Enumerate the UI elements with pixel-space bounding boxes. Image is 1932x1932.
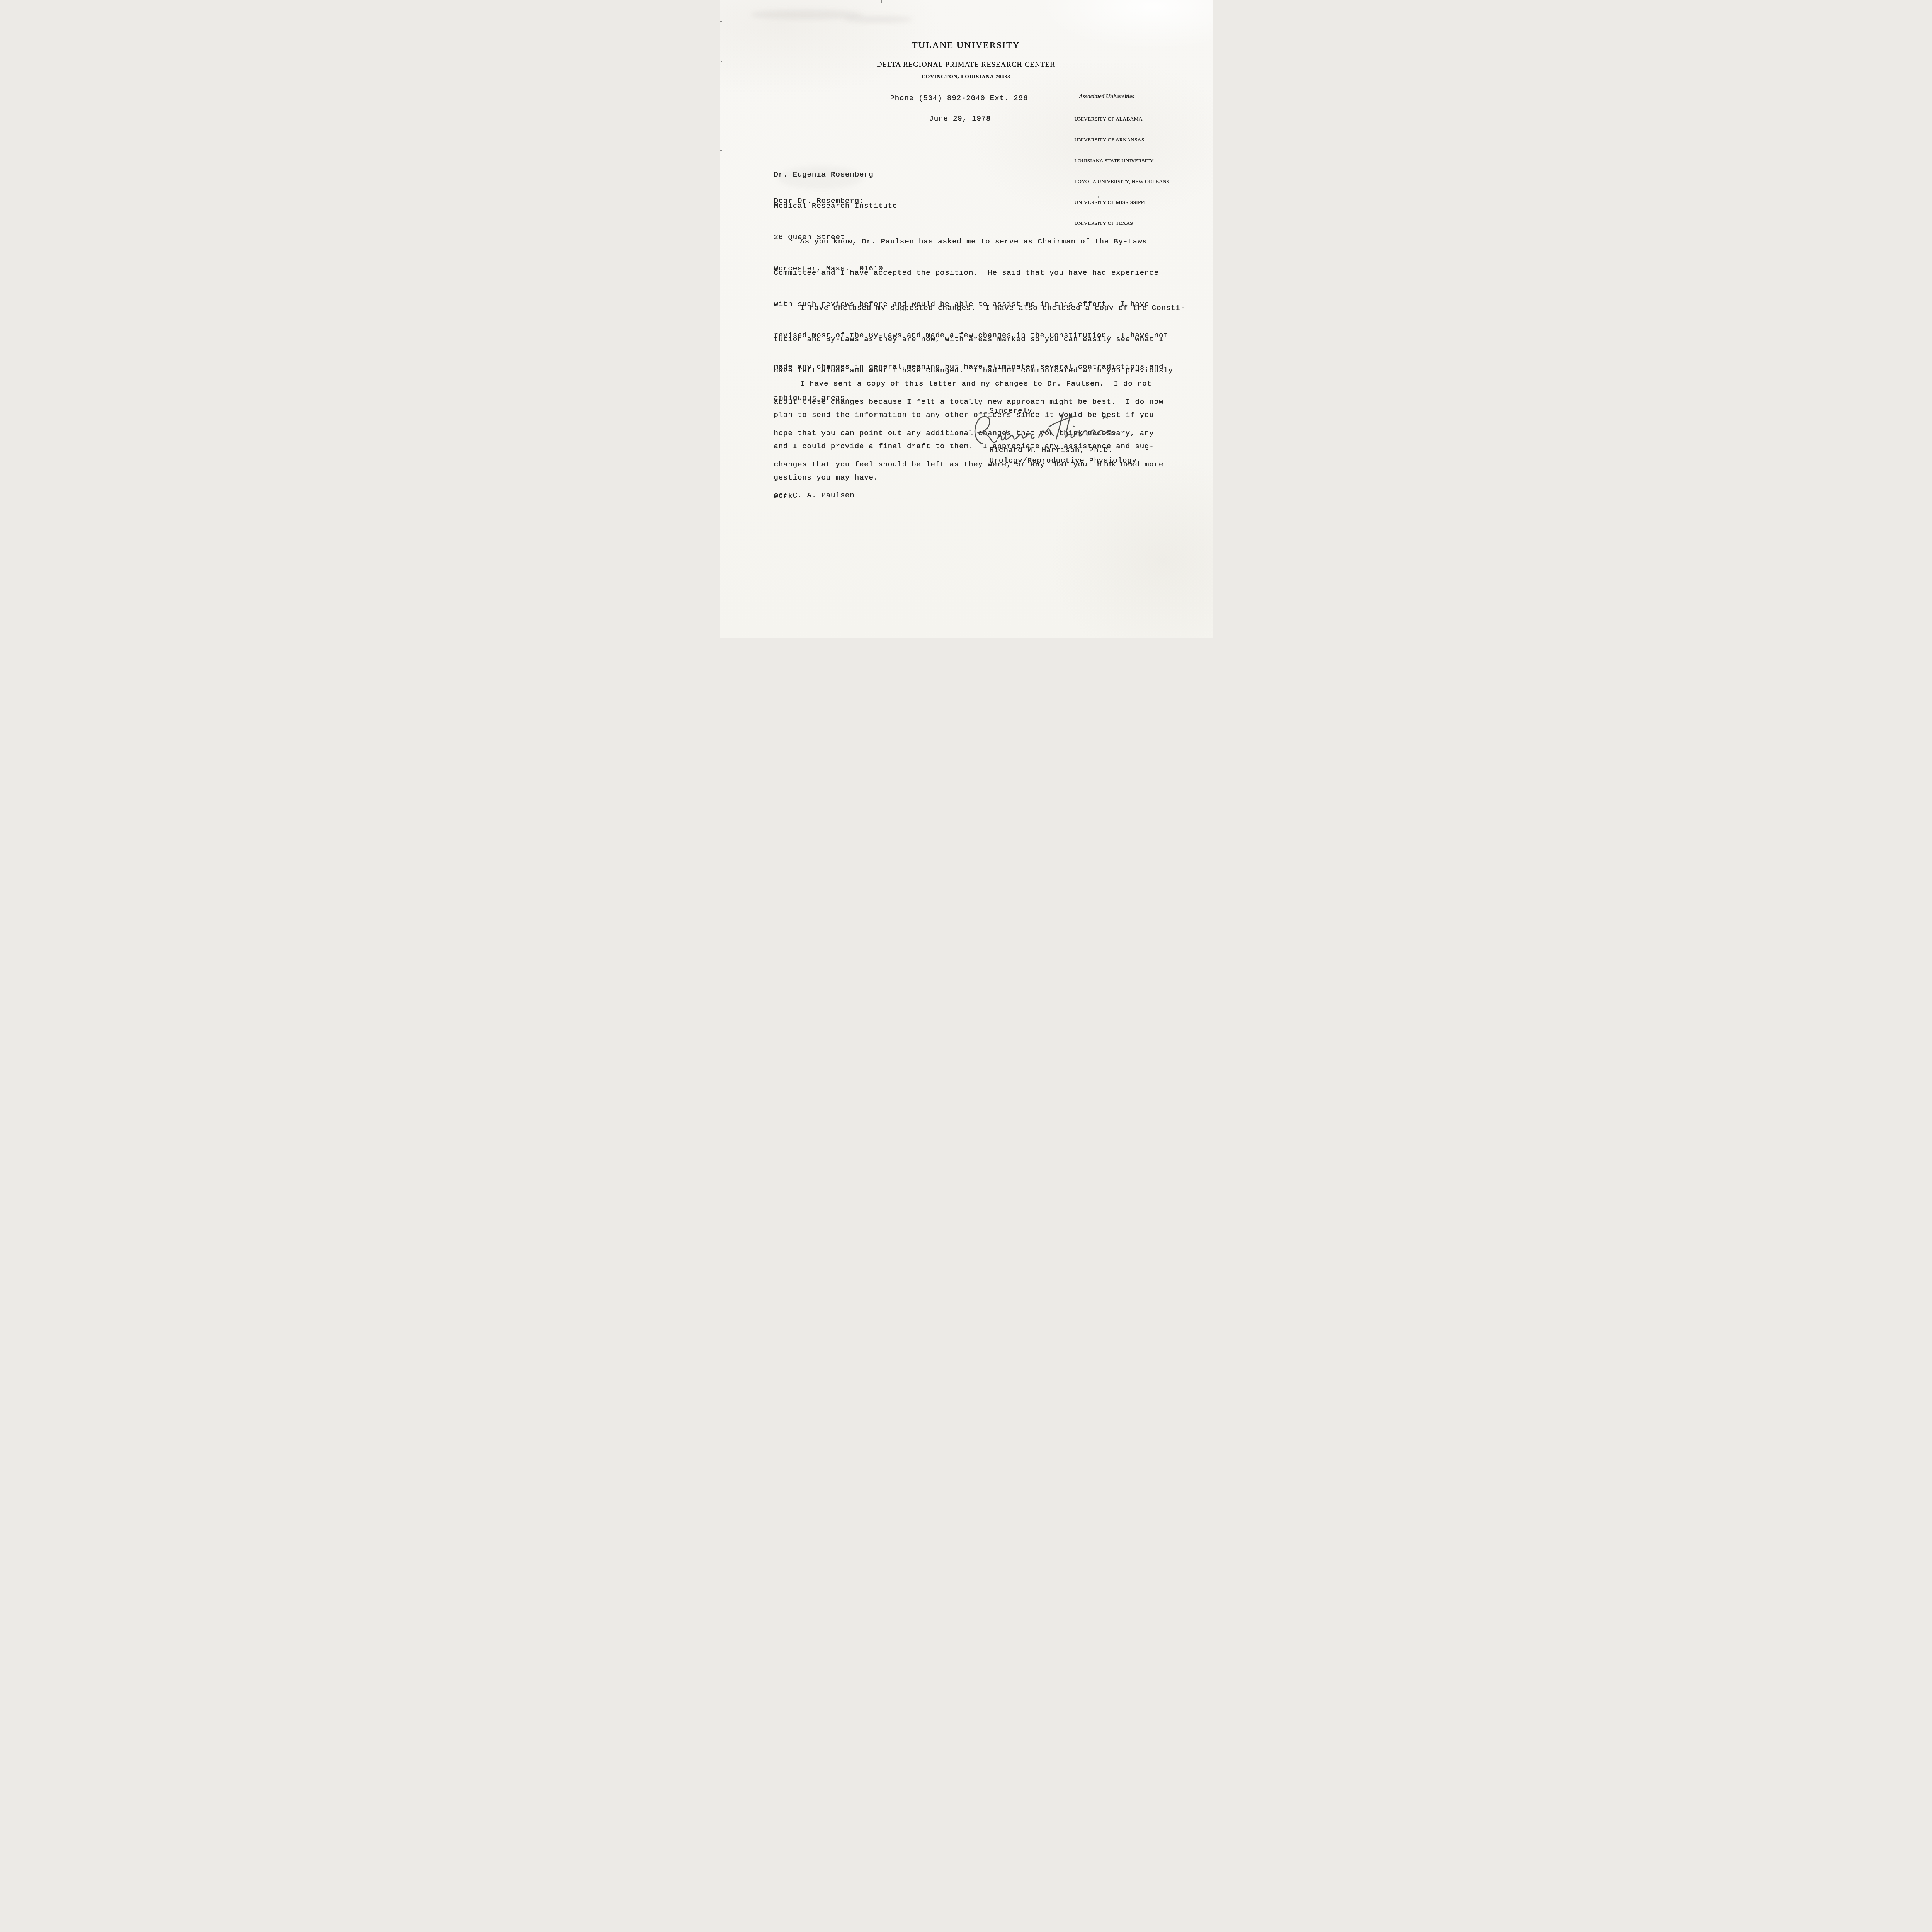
sender-name: Richard M. Harrison, Ph.D. [990,445,1113,456]
cc-line: cc: C. A. Paulsen [774,490,855,501]
salutation: Dear Dr. Rosemberg: [774,196,864,206]
scan-smudge [844,16,913,22]
body-line: I have enclosed my suggested changes. I … [774,303,1185,313]
scan-speck [720,150,722,151]
body-line: tution and By-Laws as they are now, with… [774,334,1185,345]
body-line: I have sent a copy of this letter and my… [774,379,1154,389]
body-line: gestions you may have. [774,473,1154,483]
scan-speck [720,21,722,22]
scan-crease [1163,518,1163,607]
sender-title: Urology/Reproductive Physiology [990,456,1137,466]
associated-university-item: UNIVERSITY OF ARKANSAS [1075,136,1170,143]
associated-university-item: UNIVERSITY OF MISSISSIPPI [1075,199,1170,206]
letter-date: June 29, 1978 [929,114,991,124]
letterhead-division: DELTA REGIONAL PRIMATE RESEARCH CENTER [720,61,1213,69]
body-line: Committee and I have accepted the positi… [774,268,1168,278]
letter-page: TULANE UNIVERSITY DELTA REGIONAL PRIMATE… [720,0,1213,638]
scan-speck [881,0,882,3]
body-line: As you know, Dr. Paulsen has asked me to… [774,236,1168,247]
letterhead-location: COVINGTON, LOUISIANA 70433 [720,73,1213,80]
letterhead-institution: TULANE UNIVERSITY [720,40,1213,51]
associated-university-item: LOYOLA UNIVERSITY, NEW ORLEANS [1075,178,1170,185]
handwritten-signature [969,405,1118,451]
signature-strokes [969,405,1118,451]
associated-university-item: LOUISIANA STATE UNIVERSITY [1075,157,1170,164]
letterhead-phone: Phone (504) 892-2040 Ext. 296 [890,93,1028,104]
address-line: Dr. Eugenia Rosemberg [774,170,898,180]
associated-universities-title: Associated Universities [1079,94,1134,100]
associated-university-item: UNIVERSITY OF ALABAMA [1075,116,1170,122]
